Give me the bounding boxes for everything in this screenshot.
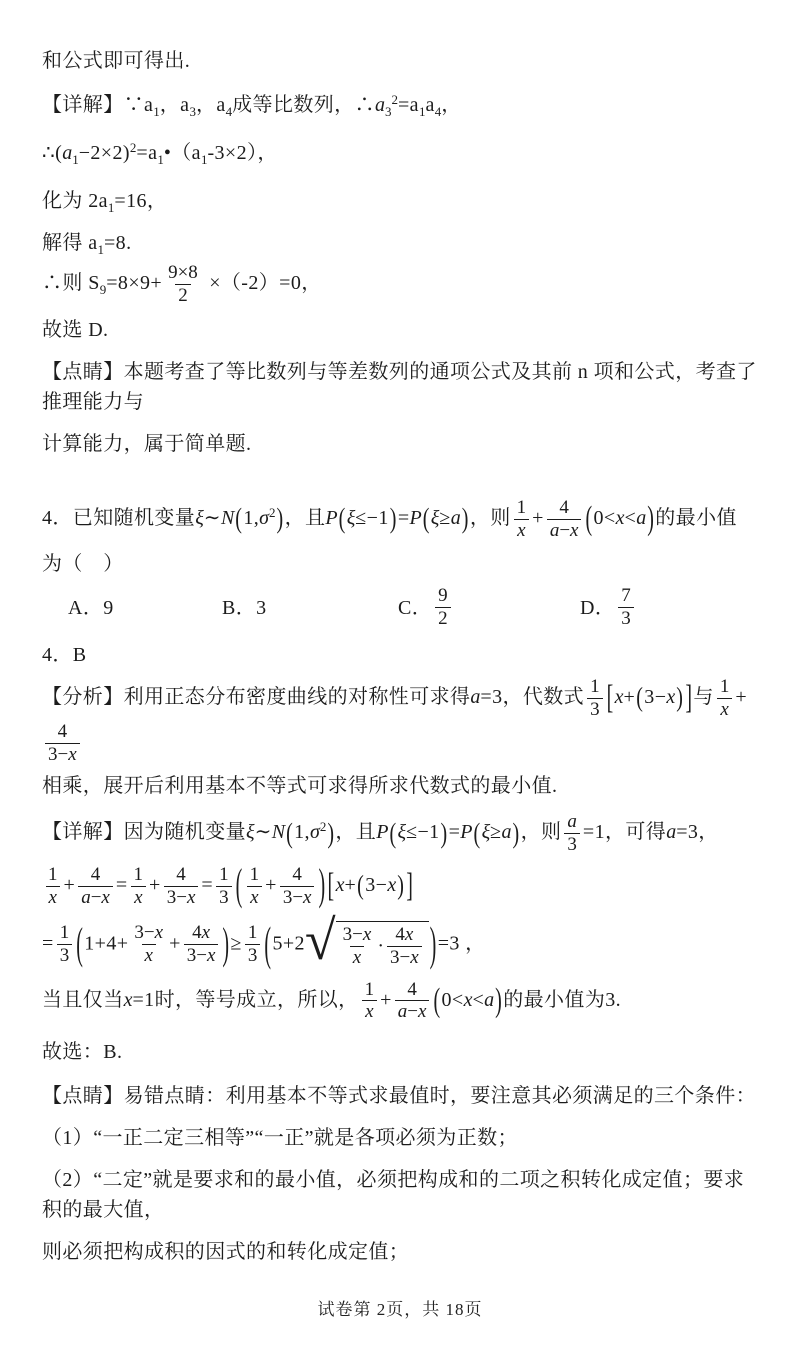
line-comment-1: 【点睛】本题考查了等比数列与等差数列的通项公式及其前 n 项和公式，考查了推理能… — [42, 357, 760, 417]
fraction: 4a−x — [78, 864, 113, 909]
equation-line-2: =13(1+4+3−xx+4x3−x)≥13(5+2√3−xx·4x3−x)=3… — [42, 921, 760, 969]
fraction: 13 — [587, 676, 603, 721]
fraction: a3 — [564, 811, 580, 856]
tip-item-2b: 则必须把构成积的因式的和转化成定值； — [42, 1237, 760, 1267]
analysis-line-1: 【分析】利用正态分布密度曲线的对称性可求得a=3，代数式13[x+(3−x)]与… — [42, 676, 760, 765]
fraction: 13 — [216, 864, 232, 909]
fraction: 4a−x — [395, 979, 430, 1024]
analysis-line-2: 相乘，展开后利用基本不等式可求得所求代数式的最小值. — [42, 771, 760, 801]
fraction: 4x3−x — [184, 922, 219, 967]
fraction: 4x3−x — [387, 924, 422, 969]
square-root: √3−xx·4x3−x — [305, 921, 429, 969]
line-equation-expand: ∴(a1−2×2)2=a1•（a1-3×2）， — [42, 138, 760, 168]
fraction: 43−x — [45, 721, 80, 766]
line-answer-d: 故选 D. — [42, 315, 760, 345]
fraction: 1x — [45, 864, 61, 909]
detail-line-1: 【详解】因为随机变量ξ∼N(1,σ2)，且P(ξ≤−1)=P(ξ≥a)，则a3=… — [42, 811, 760, 856]
options-row: A．9B．3C．92D．73 — [42, 585, 760, 630]
line-comment-2: 计算能力，属于简单题. — [42, 429, 760, 459]
fraction: 4a−x — [547, 497, 582, 542]
fraction: 1x — [131, 864, 147, 909]
radical-icon: √ — [305, 918, 336, 966]
line-simplify: 化为 2a1=16， — [42, 186, 760, 216]
fraction: 43−x — [280, 864, 315, 909]
fraction: 13 — [57, 922, 73, 967]
option-B: B．3 — [222, 593, 398, 623]
exam-solution-page: 和公式即可得出.【详解】∵a1，a3，a4成等比数列，∴a32=a1a4，∴(a… — [0, 0, 800, 1267]
answer-b: 故选：B. — [42, 1037, 760, 1067]
conclusion-line: 当且仅当x=1时，等号成立，所以，1x+4a−x(0<x<a)的最小值为3. — [42, 979, 760, 1024]
fraction: 1x — [717, 676, 733, 721]
fraction: 3−xx — [340, 924, 375, 969]
tip-item-1: （1）“一正二定三相等”“一正”就是各项必须为正数； — [42, 1123, 760, 1153]
line-s9-equation: ∴则 S9=8×9+9×82 ×（-2）=0， — [42, 262, 760, 307]
question-4-choice-prompt: 为（ ） — [42, 549, 760, 579]
option-C: C．92 — [398, 585, 580, 630]
fraction: 13 — [245, 922, 261, 967]
fraction: 43−x — [164, 864, 199, 909]
fraction: 73 — [618, 585, 634, 630]
line-solve-a1: 解得 a1=8. — [42, 228, 760, 258]
line-formula-note: 和公式即可得出. — [42, 46, 760, 76]
question-4: 4．已知随机变量ξ∼N(1,σ2)，且P(ξ≤−1)=P(ξ≥a)，则1x+4a… — [42, 497, 760, 542]
fraction: 92 — [435, 585, 451, 630]
tip-heading: 【点睛】易错点睛：利用基本不等式求最值时，要注意其必须满足的三个条件： — [42, 1081, 760, 1111]
page-footer: 试卷第 2页，共 18页 — [0, 1295, 800, 1320]
fraction: 3−xx — [131, 922, 166, 967]
option-A: A．9 — [68, 593, 222, 623]
option-D: D．73 — [580, 585, 637, 630]
line-detail-geometric: 【详解】∵a1，a3，a4成等比数列，∴a32=a1a4， — [42, 90, 760, 120]
fraction: 1x — [514, 497, 530, 542]
equation-line-1: 1x+4a−x=1x+43−x=13(1x+43−x)[x+(3−x)] — [42, 864, 760, 909]
fraction: 9×82 — [165, 262, 201, 307]
tip-item-2a: （2）“二定”就是要求和的最小值，必须把构成和的二项之积转化成定值；要求积的最大… — [42, 1165, 760, 1225]
answer-4: 4．B — [42, 640, 760, 670]
fraction: 1x — [362, 979, 378, 1024]
fraction: 1x — [247, 864, 263, 909]
